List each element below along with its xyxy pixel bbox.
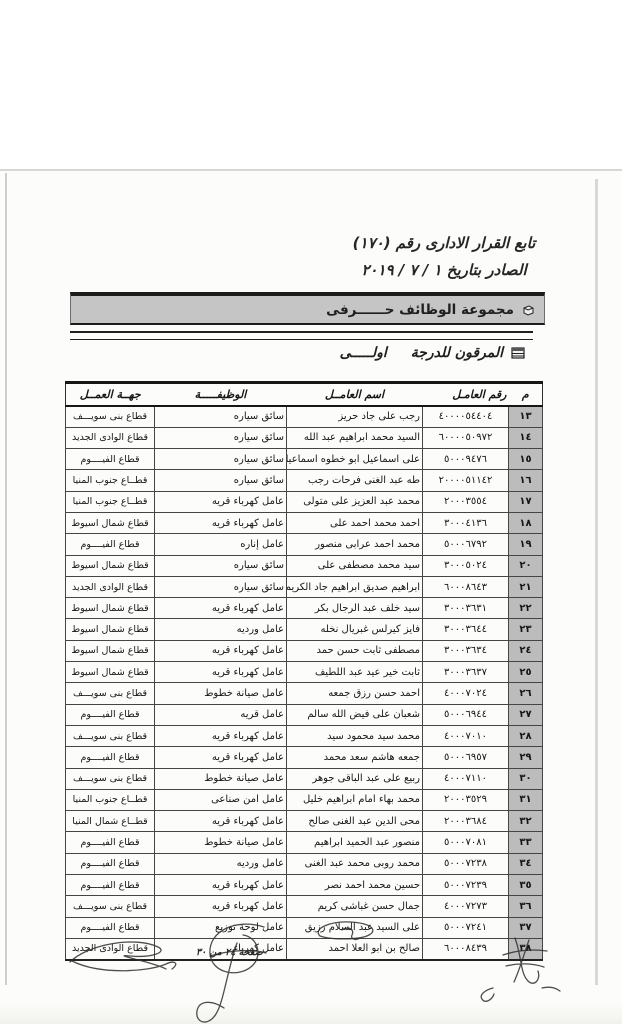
worker-no-cell: ٣٠٠٠٣٦٤٤	[423, 619, 509, 640]
job-cell: عامل صيانة خطوط	[155, 683, 287, 704]
worker-name-cell: محمد احمد عرابى منصور	[287, 534, 423, 555]
job-cell: عامل كهرباء قريه	[155, 640, 287, 661]
job-cell: عامل كهرباء قريه	[155, 896, 287, 917]
worker-name-cell: السيد محمد ابراهيم عبد الله	[287, 427, 423, 448]
scan-edge-right	[595, 179, 598, 985]
worker-name-cell: جمال حسن غباشى كريم	[287, 896, 423, 917]
serial-cell: ٢٨	[509, 725, 543, 746]
table-row: ٣٨٦٠٠٠٨٤٣٩صالح بن ابو العلا احمدعامل كهر…	[66, 938, 543, 959]
table-row: ٣٣٥٠٠٠٧٠٨١منصور عبد الحميد ابراهيمعامل ص…	[66, 832, 543, 853]
worker-no-cell: ٤٠٠٠٧١١٠	[423, 768, 509, 789]
work-entity-cell: قطاع بنى سويـــف	[66, 768, 155, 789]
work-entity-cell: قطاع الفيــــوم	[66, 875, 155, 896]
job-group-banner: مجموعة الوظائف حــــــرفى	[70, 292, 545, 325]
worker-name-cell: محمد روبى محمد عبد الغنى	[287, 853, 423, 874]
serial-cell: ٢٩	[509, 747, 543, 768]
worker-name-cell: ابراهيم صديق ابراهيم جاد الكريم	[287, 576, 423, 597]
job-cell: سائق سياره	[155, 555, 287, 576]
serial-cell: ٣٦	[509, 896, 543, 917]
table-row: ٢٤٣٠٠٠٣٦٣٤مصطفى ثابت حسن حمدعامل كهرباء …	[66, 640, 543, 661]
work-entity-cell: قطاع الوادى الجديد	[66, 427, 155, 448]
serial-cell: ٣٧	[509, 917, 543, 938]
worker-no-cell: ٣٠٠٠٤١٣٦	[423, 512, 509, 533]
page-number: صفحة ٢٤ من ٣٠	[196, 947, 263, 958]
serial-cell: ٢٥	[509, 662, 543, 683]
table-row: ٣٢٢٠٠٠٣٦٨٤محى الدين عبد الغنى صالحعامل ك…	[66, 811, 543, 832]
worker-name-cell: فايز كيرلس غبريال نخله	[287, 619, 423, 640]
work-entity-cell: قطاع شمال اسيوط	[66, 555, 155, 576]
table-header-row: م رقم العامـل اسم العامــل الوظيفـــــة …	[66, 383, 543, 407]
worker-no-cell: ٣٠٠٠٣٦٣٤	[423, 640, 509, 661]
job-cell: عامل كهرباء قريه	[155, 491, 287, 512]
worker-name-cell: صالح بن ابو العلا احمد	[287, 938, 423, 959]
grid-bullet-icon	[511, 347, 525, 359]
work-entity-cell: قطاع بنى سويـــف	[66, 725, 155, 746]
col-header-work-entity: جهــة العمــل	[66, 383, 155, 407]
job-cell: سائق سياره	[155, 427, 287, 448]
job-cell: سائق سياره	[155, 470, 287, 491]
job-cell: عامل قريه	[155, 704, 287, 725]
worker-no-cell: ٤٠٠٠٧٠١٠	[423, 725, 509, 746]
work-entity-cell: قطــاع جنوب المنيا	[66, 491, 155, 512]
table-row: ١٥٥٠٠٠٩٤٧٦على اسماعيل ابو خطوه اسماعيلسا…	[66, 449, 543, 470]
job-cell: عامل امن صناعى	[155, 789, 287, 810]
worker-no-cell: ٥٠٠٠٦٩٥٧	[423, 747, 509, 768]
serial-cell: ٣١	[509, 789, 543, 810]
table-row: ١٧٢٠٠٠٣٥٥٤محمد عبد العزيز على متولىعامل …	[66, 491, 543, 512]
serial-cell: ٢٧	[509, 704, 543, 725]
worker-name-cell: ثابت خير عيد عبد اللطيف	[287, 662, 423, 683]
job-cell: عامل ورديه	[155, 853, 287, 874]
table-row: ٣١٢٠٠٠٣٥٢٩محمد بهاء امام ابراهيم خليلعام…	[66, 789, 543, 810]
worker-name-cell: حسين محمد احمد نصر	[287, 875, 423, 896]
worker-no-cell: ٣٠٠٠٣٦٣٧	[423, 662, 509, 683]
job-cell: عامل كهرباء قريه	[155, 811, 287, 832]
work-entity-cell: قطاع الفيــــوم	[66, 747, 155, 768]
table-row: ١٩٥٠٠٠٦٧٩٢محمد احمد عرابى منصورعامل إنار…	[66, 534, 543, 555]
table-row: ٣٥٥٠٠٠٧٢٣٩حسين محمد احمد نصرعامل كهرباء …	[66, 875, 543, 896]
worker-no-cell: ٥٠٠٠٩٤٧٦	[423, 449, 509, 470]
worker-no-cell: ٤٠٠٠٧٢٧٣	[423, 896, 509, 917]
table-row: ٢٦٤٠٠٠٧٠٢٤احمد حسن رزق جمعهعامل صيانة خط…	[66, 683, 543, 704]
job-cell: عامل لوحة توزيع	[155, 917, 287, 938]
job-cell: عامل صيانة خطوط	[155, 768, 287, 789]
worker-name-cell: شعبان على فيض الله سالم	[287, 704, 423, 725]
job-cell: عامل كهرباء قريه	[155, 512, 287, 533]
serial-cell: ١٤	[509, 427, 543, 448]
cube-bullet-icon	[521, 303, 535, 317]
work-entity-cell: قطاع بنى سويـــف	[66, 896, 155, 917]
worker-no-cell: ٢٠٠٠٣٥٥٤	[423, 491, 509, 512]
work-entity-cell: قطاع شمال اسيوط	[66, 598, 155, 619]
worker-no-cell: ٥٠٠٠٧٢٣٨	[423, 853, 509, 874]
job-cell: عامل صيانة خطوط	[155, 832, 287, 853]
work-entity-cell: قطــاع جنوب المنيا	[66, 789, 155, 810]
work-entity-cell: قطاع شمال اسيوط	[66, 662, 155, 683]
job-cell: عامل كهرباء قريه	[155, 598, 287, 619]
table-row: ٢٨٤٠٠٠٧٠١٠محمد سيد محمود سيدعامل كهرباء …	[66, 725, 543, 746]
serial-cell: ٢١	[509, 576, 543, 597]
work-entity-cell: قطاع الوادى الجديد	[66, 938, 155, 959]
worker-name-cell: مصطفى ثابت حسن حمد	[287, 640, 423, 661]
worker-name-cell: جمعه هاشم سعد محمد	[287, 747, 423, 768]
serial-cell: ١٧	[509, 491, 543, 512]
serial-cell: ٢٤	[509, 640, 543, 661]
worker-no-cell: ٥٠٠٠٧٠٨١	[423, 832, 509, 853]
serial-cell: ٣٨	[509, 938, 543, 959]
table-row: ٣٠٤٠٠٠٧١١٠ربيع على عبد الباقى جوهرعامل ص…	[66, 768, 543, 789]
job-cell: عامل كهرباء قريه	[155, 725, 287, 746]
work-entity-cell: قطاع الفيــــوم	[66, 704, 155, 725]
worker-name-cell: احمد حسن رزق جمعه	[287, 683, 423, 704]
job-cell: عامل ورديه	[155, 619, 287, 640]
worker-name-cell: سيد خلف عبد الرجال بكر	[287, 598, 423, 619]
section-title: المرقون للدرجة	[411, 345, 503, 361]
table-row: ٢١٦٠٠٠٨٦٤٣ابراهيم صديق ابراهيم جاد الكري…	[66, 576, 543, 597]
serial-cell: ١٨	[509, 512, 543, 533]
worker-no-cell: ٥٠٠٠٦٩٤٤	[423, 704, 509, 725]
serial-cell: ٢٣	[509, 619, 543, 640]
work-entity-cell: قطاع الفيــــوم	[66, 534, 155, 555]
work-entity-cell: قطاع بنى سويـــف	[66, 683, 155, 704]
worker-no-cell: ٥٠٠٠٧٢٣٩	[423, 875, 509, 896]
decision-header-line1: تابع القرار الادارى رقم (١٧٠)	[318, 230, 570, 257]
serial-cell: ١٥	[509, 449, 543, 470]
worker-name-cell: احمد محمد احمد على	[287, 512, 423, 533]
section-title-row: المرقون للدرجة اولـــــى	[340, 345, 525, 361]
work-entity-cell: قطاع شمال اسيوط	[66, 619, 155, 640]
table-row: ٣٦٤٠٠٠٧٢٧٣جمال حسن غباشى كريمعامل كهرباء…	[66, 896, 543, 917]
table-row: ٢٢٣٠٠٠٣٦٣١سيد خلف عبد الرجال بكرعامل كهر…	[66, 598, 543, 619]
table-row: ٣٤٥٠٠٠٧٢٣٨محمد روبى محمد عبد الغنىعامل و…	[66, 853, 543, 874]
job-cell: سائق سياره	[155, 449, 287, 470]
worker-no-cell: ٤٠٠٠٠٥٤٤٠٤	[423, 406, 509, 427]
worker-name-cell: طه عبد الغنى فرحات رجب	[287, 470, 423, 491]
decision-header: تابع القرار الادارى رقم (١٧٠) الصادر بتا…	[318, 230, 570, 284]
worker-name-cell: محمد سيد محمود سيد	[287, 725, 423, 746]
col-header-job: الوظيفـــــة	[155, 383, 287, 407]
divider-double-line	[70, 331, 533, 340]
worker-no-cell: ٥٠٠٠٧٢٤١	[423, 917, 509, 938]
worker-no-cell: ٤٠٠٠٧٠٢٤	[423, 683, 509, 704]
decision-header-line2: الصادر بتاريخ ١ / ٧ / ٢٠١٩	[318, 257, 570, 284]
work-entity-cell: قطاع الفيــــوم	[66, 917, 155, 938]
worker-name-cell: ربيع على عبد الباقى جوهر	[287, 768, 423, 789]
worker-name-cell: محى الدين عبد الغنى صالح	[287, 811, 423, 832]
worker-no-cell: ٥٠٠٠٦٧٩٢	[423, 534, 509, 555]
table-row: ٢٠٣٠٠٠٥٠٢٤سيد محمد مصطفى علىسائق سيارهقط…	[66, 555, 543, 576]
job-cell: سائق سياره	[155, 406, 287, 427]
worker-no-cell: ٣٠٠٠٣٦٣١	[423, 598, 509, 619]
worker-name-cell: على السيد عبد السلام رزيق	[287, 917, 423, 938]
serial-cell: ٣٥	[509, 875, 543, 896]
work-entity-cell: قطاع الفيــــوم	[66, 853, 155, 874]
worker-name-cell: رجب على جاد حريز	[287, 406, 423, 427]
work-entity-cell: قطاع الفيــــوم	[66, 832, 155, 853]
serial-cell: ٣٢	[509, 811, 543, 832]
table-row: ١٦٢٠٠٠٠٥١١٤٢طه عبد الغنى فرحات رجبسائق س…	[66, 470, 543, 491]
scan-edge-bottom	[0, 1003, 622, 1024]
worker-no-cell: ٢٠٠٠٣٥٢٩	[423, 789, 509, 810]
scan-edge-top	[0, 169, 622, 171]
worker-no-cell: ٦٠٠٠٠٥٠٩٧٢	[423, 427, 509, 448]
work-entity-cell: قطاع الوادى الجديد	[66, 576, 155, 597]
work-entity-cell: قطاع شمال اسيوط	[66, 640, 155, 661]
table-row: ٢٣٣٠٠٠٣٦٤٤فايز كيرلس غبريال نخلهعامل ورد…	[66, 619, 543, 640]
work-entity-cell: قطــاع شمال المنيا	[66, 811, 155, 832]
work-entity-cell: قطاع بنى سويـــف	[66, 406, 155, 427]
worker-name-cell: محمد بهاء امام ابراهيم خليل	[287, 789, 423, 810]
worker-no-cell: ٢٠٠٠٠٥١١٤٢	[423, 470, 509, 491]
table-row: ٢٩٥٠٠٠٦٩٥٧جمعه هاشم سعد محمدعامل كهرباء …	[66, 747, 543, 768]
table-row: ٢٧٥٠٠٠٦٩٤٤شعبان على فيض الله سالمعامل قر…	[66, 704, 543, 725]
serial-cell: ٢٠	[509, 555, 543, 576]
employees-table: م رقم العامـل اسم العامــل الوظيفـــــة …	[65, 381, 543, 961]
col-header-worker-name: اسم العامــل	[287, 383, 423, 407]
serial-cell: ١٩	[509, 534, 543, 555]
section-grade: اولـــــى	[340, 345, 387, 361]
job-cell: عامل كهرباء قريه	[155, 747, 287, 768]
worker-no-cell: ٣٠٠٠٥٠٢٤	[423, 555, 509, 576]
worker-no-cell: ٦٠٠٠٨٤٣٩	[423, 938, 509, 959]
worker-no-cell: ٢٠٠٠٣٦٨٤	[423, 811, 509, 832]
work-entity-cell: قطاع شمال اسيوط	[66, 512, 155, 533]
worker-name-cell: على اسماعيل ابو خطوه اسماعيل	[287, 449, 423, 470]
job-cell: سائق سياره	[155, 576, 287, 597]
worker-name-cell: محمد عبد العزيز على متولى	[287, 491, 423, 512]
work-entity-cell: قطــاع جنوب المنيا	[66, 470, 155, 491]
table-row: ١٤٦٠٠٠٠٥٠٩٧٢السيد محمد ابراهيم عبد اللهس…	[66, 427, 543, 448]
job-group-title: مجموعة الوظائف حــــــرفى	[326, 302, 514, 318]
serial-cell: ١٦	[509, 470, 543, 491]
job-cell: عامل كهرباء قريه	[155, 875, 287, 896]
table-row: ٢٥٣٠٠٠٣٦٣٧ثابت خير عيد عبد اللطيفعامل كه…	[66, 662, 543, 683]
worker-no-cell: ٦٠٠٠٨٦٤٣	[423, 576, 509, 597]
col-header-worker-no: رقم العامـل	[423, 383, 509, 407]
scan-edge-left	[5, 173, 7, 985]
serial-cell: ٢٦	[509, 683, 543, 704]
serial-cell: ٣٠	[509, 768, 543, 789]
job-cell: عامل كهرباء قريه	[155, 662, 287, 683]
work-entity-cell: قطاع الفيــــوم	[66, 449, 155, 470]
table-row: ٣٧٥٠٠٠٧٢٤١على السيد عبد السلام رزيقعامل …	[66, 917, 543, 938]
job-cell: عامل إناره	[155, 534, 287, 555]
serial-cell: ٢٢	[509, 598, 543, 619]
serial-cell: ١٣	[509, 406, 543, 427]
worker-name-cell: منصور عبد الحميد ابراهيم	[287, 832, 423, 853]
table-row: ١٨٣٠٠٠٤١٣٦احمد محمد احمد علىعامل كهرباء …	[66, 512, 543, 533]
table-row: ١٣٤٠٠٠٠٥٤٤٠٤رجب على جاد حريزسائق سيارهقط…	[66, 406, 543, 427]
col-header-serial: م	[509, 383, 543, 407]
worker-name-cell: سيد محمد مصطفى على	[287, 555, 423, 576]
serial-cell: ٣٣	[509, 832, 543, 853]
serial-cell: ٣٤	[509, 853, 543, 874]
